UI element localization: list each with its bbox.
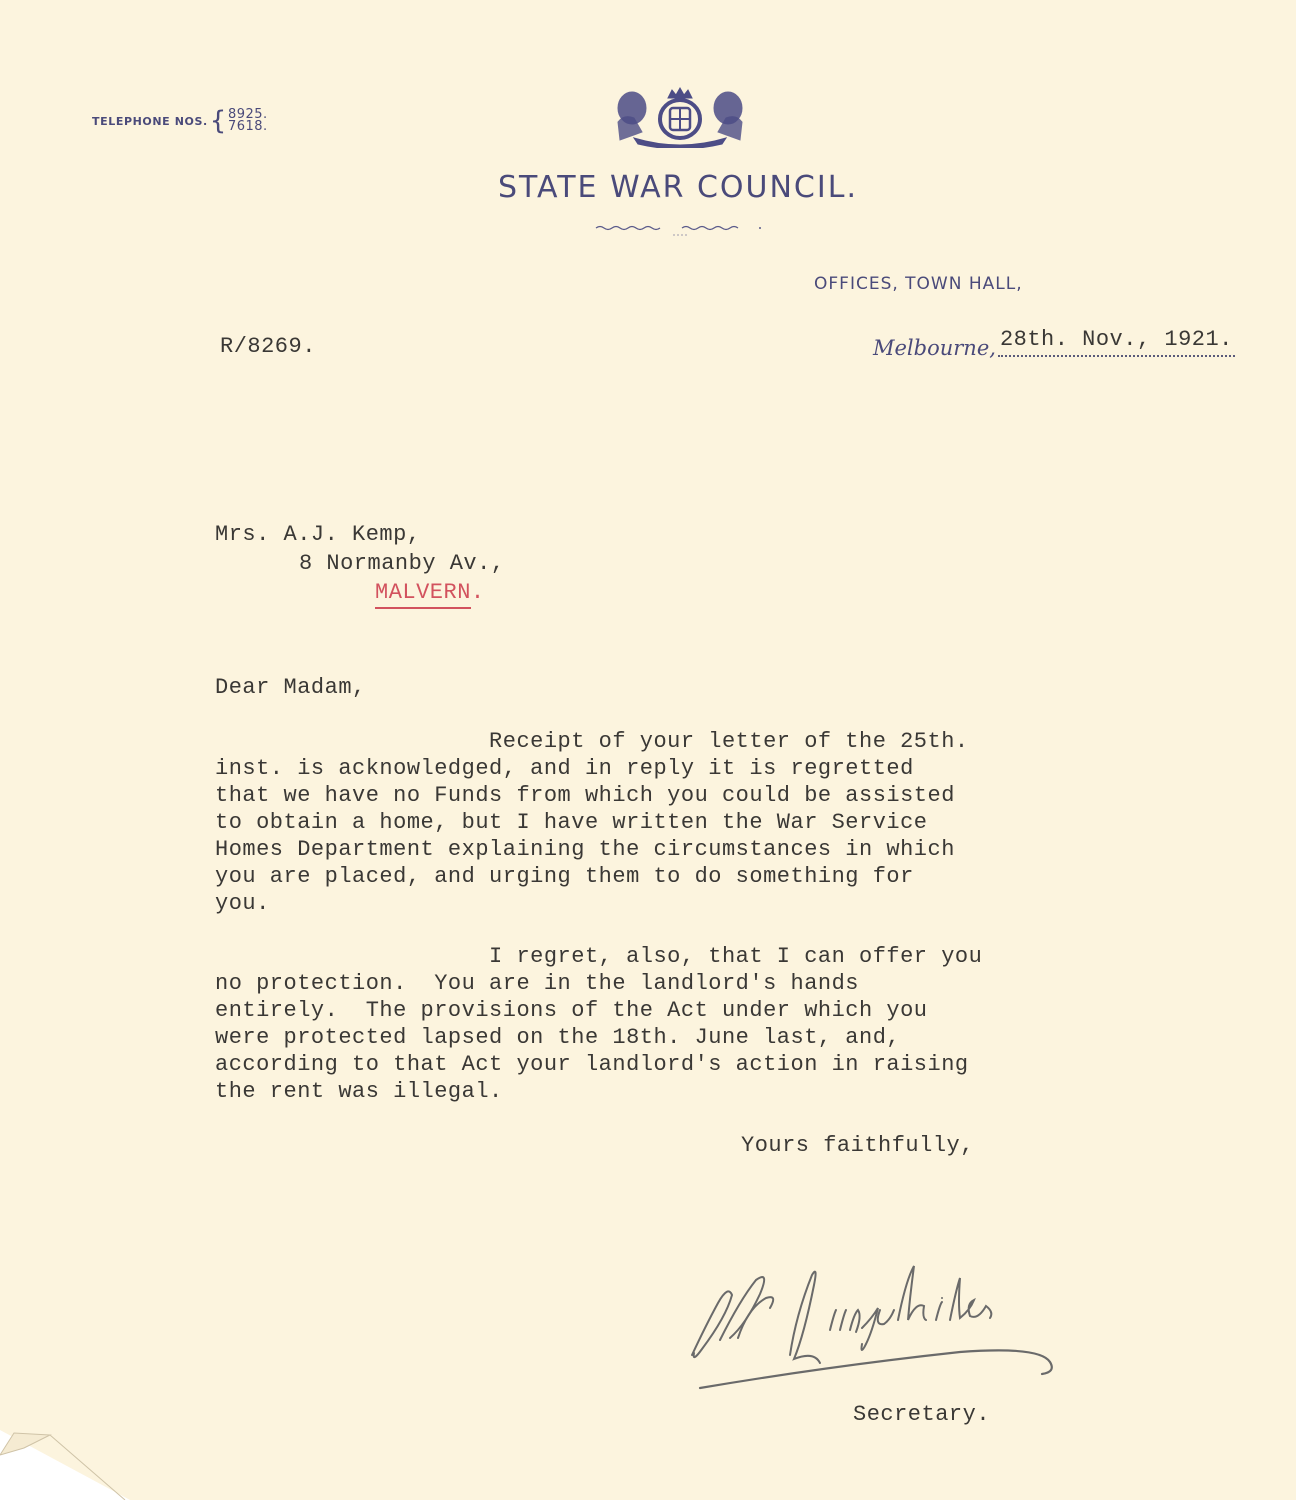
recipient-suburb-line: MALVERN.: [215, 578, 505, 607]
royal-coat-of-arms-icon: [604, 86, 756, 148]
city-label: Melbourne,: [873, 336, 996, 360]
salutation: Dear Madam,: [215, 675, 366, 700]
signatory-title: Secretary.: [853, 1402, 990, 1427]
recipient-name: Mrs. A.J. Kemp,: [215, 520, 505, 549]
office-address: OFFICES, TOWN HALL,: [814, 274, 1023, 294]
telephone-label: TELEPHONE NOS.: [92, 115, 208, 128]
recipient-address: Mrs. A.J. Kemp, 8 Normanby Av., MALVERN.: [215, 520, 505, 607]
telephone-number-2: 7618.: [228, 121, 268, 133]
closing: Yours faithfully,: [741, 1133, 974, 1158]
telephone-numbers: TELEPHONE NOS. { 8925. 7618.: [92, 108, 268, 134]
reference-number: R/8269.: [220, 334, 316, 359]
recipient-street: 8 Normanby Av.,: [215, 549, 505, 578]
decorative-flourish-icon: [594, 222, 764, 238]
brace-glyph: {: [210, 108, 227, 134]
organization-title: STATE WAR COUNCIL.: [0, 170, 1296, 205]
letter-date: 28th. Nov., 1921.: [998, 327, 1235, 357]
date-line: Melbourne, 28th. Nov., 1921.: [873, 326, 1235, 357]
folded-corner-icon: [0, 1430, 130, 1500]
body-paragraph-2: I regret, also, that I can offer you no …: [215, 943, 982, 1105]
body-paragraph-1: Receipt of your letter of the 25th. inst…: [215, 728, 969, 917]
recipient-suburb: MALVERN: [375, 580, 471, 609]
handwritten-signature-icon: [680, 1240, 1080, 1400]
recipient-suburb-punct: .: [471, 580, 485, 605]
